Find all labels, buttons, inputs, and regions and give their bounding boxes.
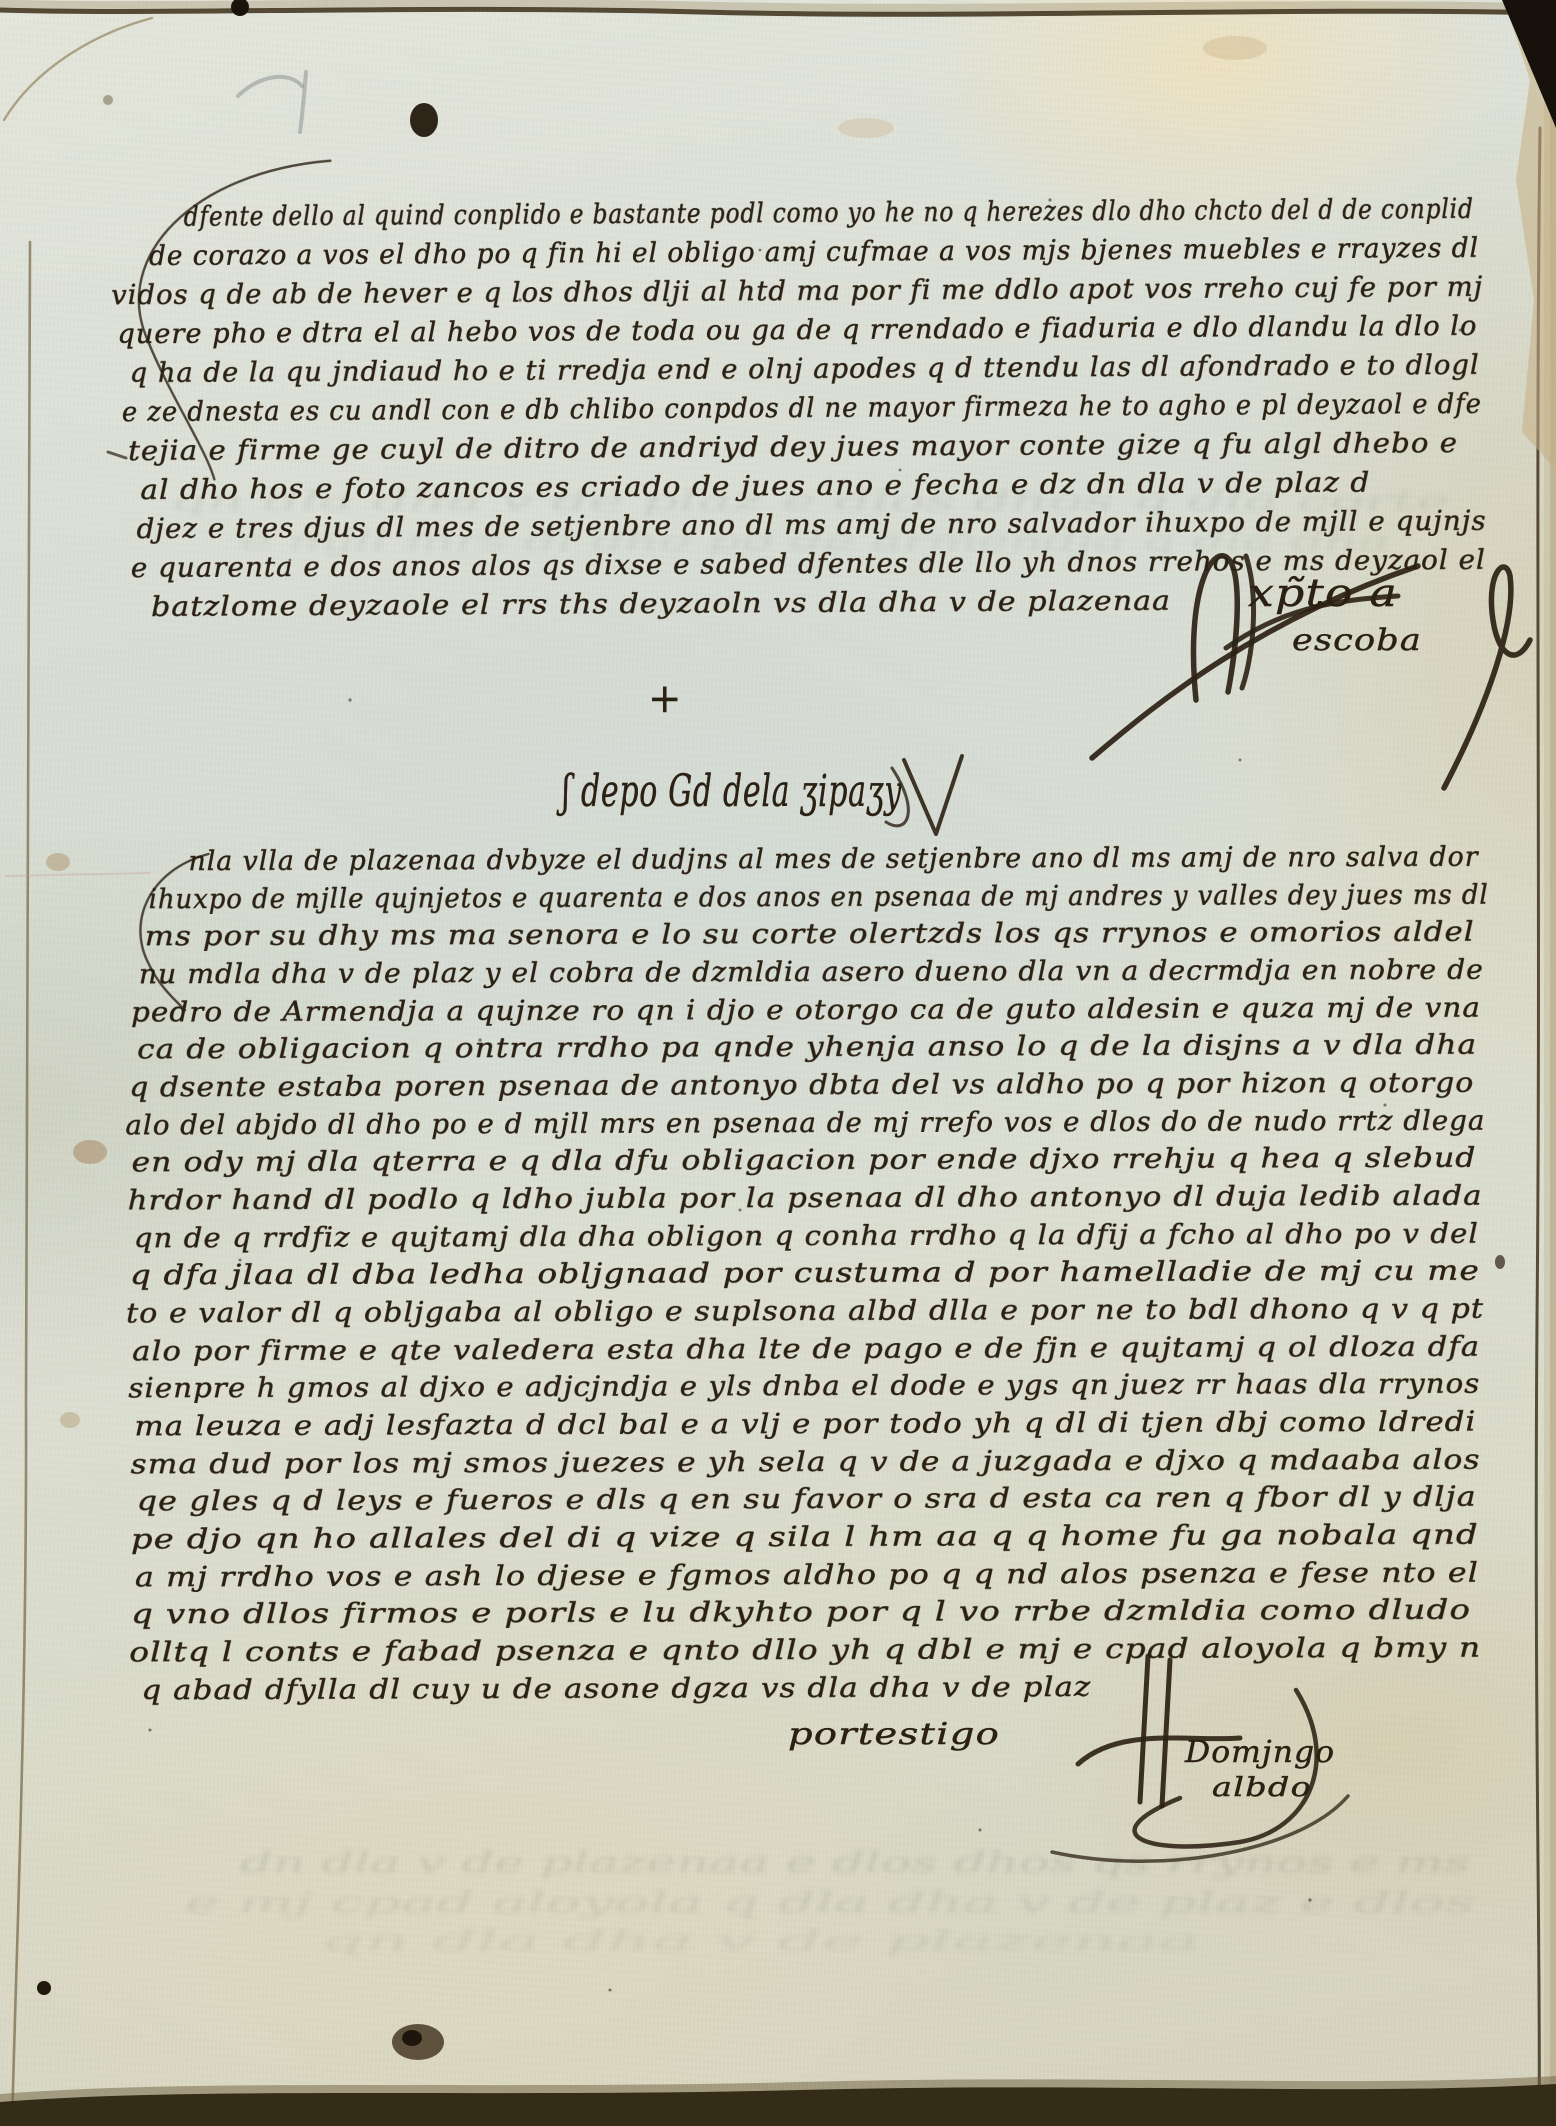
- heading-text: ʃ depo Gd dela ʒipaʒy: [556, 766, 902, 817]
- signature-second: Domjngo albdo: [1052, 1656, 1348, 1861]
- manuscript-line: q dsente estaba poren psenaa de antonyo …: [129, 1068, 1474, 1104]
- manuscript-line: ma leuza e adj lesfazta d dcl bal e a vl…: [134, 1407, 1476, 1443]
- manuscript-line: alo por firme e qte valedera esta dha lt…: [132, 1332, 1480, 1368]
- manuscript-line: nu mdla dha v de plaz y el cobra de dzml…: [139, 955, 1484, 991]
- signature-flourish: [1162, 1660, 1170, 1806]
- manuscript-line: ms por su dhy ms ma senora e lo su corte…: [145, 917, 1475, 953]
- worm-hole-core: [402, 2030, 422, 2046]
- manuscript-line: sienpre h gmos al djxo e adjcjndja e yls…: [128, 1369, 1480, 1405]
- dark-spot: [37, 1981, 51, 1995]
- manuscript-line: a mj rrdho vos e ash lo djese e fgmos al…: [135, 1558, 1479, 1594]
- text-block-first: dfente dello al quind conplido e bastant…: [110, 154, 1487, 623]
- margin-dash: [108, 452, 126, 458]
- signature-rubric-right-margin: [1444, 567, 1530, 788]
- witness-label: portestigo: [788, 1717, 1000, 1752]
- manuscript-line: en ody mj dla qterra e q dla dfu obligac…: [132, 1143, 1477, 1179]
- manuscript-line: qn de q rrdfiz e qujtamj dla dha obligon…: [134, 1219, 1479, 1255]
- ghost-line: qn dla dha v de plazenaa: [320, 1926, 1200, 1957]
- ghost-line: dn dla v de plazenaa e dlos dhos qs rryn…: [240, 1846, 1470, 1879]
- tan-stain: [1203, 36, 1267, 60]
- signature-name-line: xp̃to a: [1248, 571, 1398, 615]
- manuscript-scan: qn dla dha v de plaz e dlos dhos q dla c…: [0, 0, 1556, 2126]
- manuscript-line: q dfa jlaa dl dba ledha obljgnaad por cu…: [130, 1256, 1480, 1292]
- manuscript-line: q abad dfylla dl cuy u de asone dgza vs …: [141, 1672, 1091, 1706]
- faint-pencil-mark: [300, 72, 306, 132]
- manuscript-line: pedro de Armendja a qujnze ro qn i djo e…: [131, 993, 1481, 1029]
- manuscript-line: vidos q de ab de hever e q los dhos dlji…: [111, 272, 1483, 311]
- manuscript-line: qe gles q d leys e fueros e dls q en su …: [137, 1482, 1477, 1518]
- manuscript-line: dfente dello al quind conplido e bastant…: [184, 194, 1474, 233]
- signature-name-line: Domjngo: [1184, 1735, 1335, 1770]
- ink-blot: [410, 103, 438, 137]
- tan-stain: [838, 118, 894, 138]
- brown-stain: [46, 853, 70, 871]
- manuscript-line: olltq l conts e fabad psenza e qnto dllo…: [129, 1633, 1481, 1669]
- signature-name-line: escoba: [1292, 623, 1422, 658]
- manuscript-line: ca de obligacion q ontra rrdho pa qnde y…: [137, 1030, 1477, 1066]
- text-block-second: nla vlla de plazenaa dvbyze el dudjns al…: [124, 842, 1491, 1707]
- faint-pencil-mark: [238, 77, 302, 96]
- manuscript-line: q ha de la qu jndiaud ho e ti rredja end…: [130, 350, 1480, 389]
- small-stain: [103, 95, 113, 105]
- manuscript-line: ihuxpo de mjlle qujnjetos e quarenta e d…: [149, 880, 1489, 916]
- manuscript-line: to e valor dl q obljgaba al obligo e sup…: [126, 1294, 1484, 1330]
- cross-mark: +: [648, 676, 683, 722]
- manuscript-line: tejia e firme ge cuyl de ditro de andriy…: [128, 428, 1458, 467]
- manuscript-line: pe djo qn ho allales del di q vize q sil…: [131, 1520, 1479, 1556]
- brown-stain: [73, 1140, 107, 1164]
- manuscript-line: alo del abjdo dl dho po e d mjll mrs en …: [125, 1106, 1485, 1142]
- edge-dot: [1495, 1255, 1505, 1269]
- manuscript-line: sma dud por los mj smos juezes e yh sela…: [131, 1445, 1481, 1481]
- signature-name-line: albdo: [1212, 1773, 1312, 1803]
- ghost-line: e mj cpad aloyola q dla dha v de plaz e …: [185, 1886, 1475, 1919]
- section-heading: ʃ depo Gd dela ʒipaʒy: [556, 756, 962, 834]
- signature-flourish: [1140, 1656, 1148, 1802]
- brown-stain: [60, 1412, 80, 1428]
- manuscript-line: de corazo a vos el dho po q fin hi el ob…: [149, 233, 1479, 272]
- top-edge-blot: [231, 0, 249, 16]
- manuscript-line: quere pho e dtra el al hebo vos de toda …: [117, 311, 1477, 350]
- manuscript-line: e ze dnesta es cu andl con e db chlibo c…: [122, 389, 1482, 428]
- manuscript-line: q vno dllos firmos e porls e lu dkyhto p…: [131, 1595, 1471, 1631]
- manuscript-ink-layer: qn dla dha v de plaz e dlos dhos q dla c…: [0, 0, 1556, 2126]
- gutter-crease-line: [12, 242, 30, 2126]
- manuscript-line: nla vlla de plazenaa dvbyze el dudjns al…: [188, 842, 1479, 878]
- manuscript-line: hrdor hand dl podlo q ldho jubla por la …: [128, 1181, 1483, 1217]
- manuscript-line: batzlome deyzaole el rrs ths deyzaoln vs…: [151, 586, 1171, 623]
- top-left-fold-line: [4, 18, 152, 120]
- heading-flourish: [904, 756, 962, 834]
